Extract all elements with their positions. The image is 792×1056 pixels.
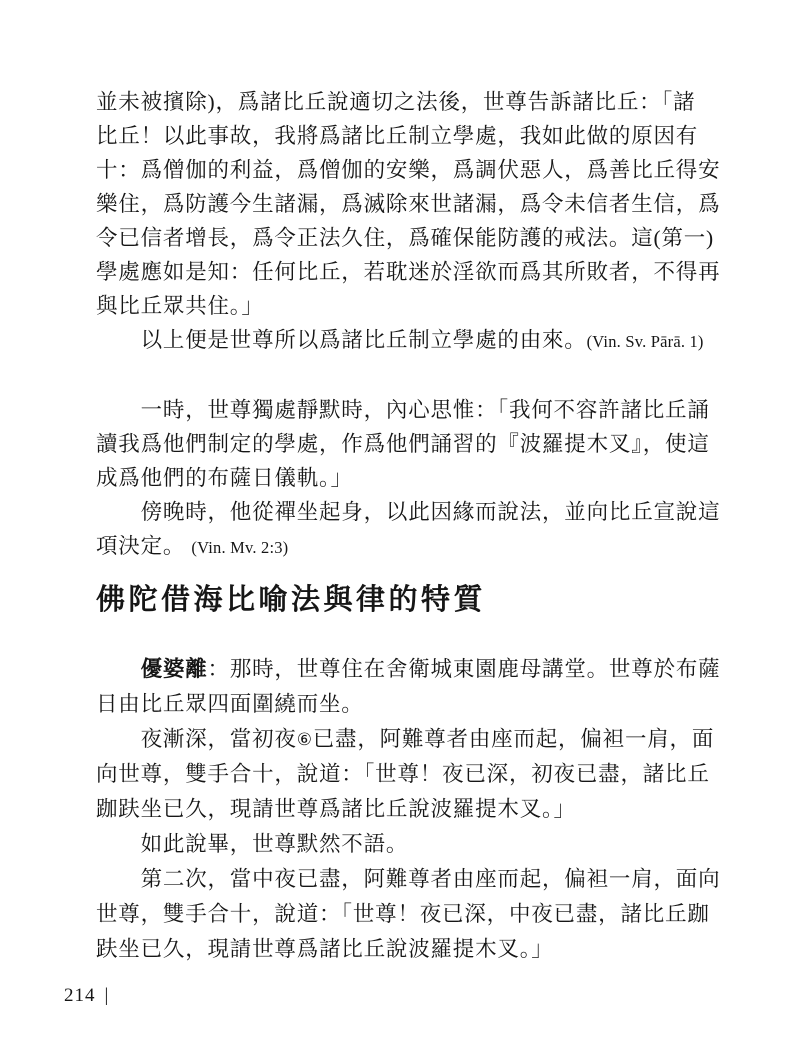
text-line: 世尊，雙手合十，說道：「世尊！夜已深，中夜已盡，諸比丘跏 — [96, 897, 712, 932]
text-line: 夜漸深，當初夜⑥已盡，阿難尊者由座而起，偏袒一肩，面 — [96, 722, 712, 757]
text-line: 優婆離：那時，世尊住在舍衛城東園鹿母講堂。世尊於布薩 — [96, 652, 712, 687]
text-line: 日由比丘眾四面圍繞而坐。 — [96, 687, 712, 722]
folio-divider-bar: | — [105, 985, 109, 1007]
text-line: 以上便是世尊所以爲諸比丘制立學處的由來。(Vin. Sv. Pārā. 1) — [96, 323, 712, 357]
paragraph-upali-uposatha: 優婆離：那時，世尊住在舍衛城東園鹿母講堂。世尊於布薩日由比丘眾四面圍繞而坐。 夜… — [96, 652, 712, 967]
text-line: 向世尊，雙手合十，說道：「世尊！夜已深，初夜已盡，諸比丘 — [96, 757, 712, 792]
text-line: 傍晚時，他從禪坐起身，以此因緣而說法，並向比丘宣說這 — [96, 495, 712, 529]
text-line: 十：爲僧伽的利益，爲僧伽的安樂，爲調伏惡人，爲善比丘得安 — [96, 153, 712, 187]
text-line: 項決定。 (Vin. Mv. 2:3) — [96, 529, 712, 563]
text-line: 跏趺坐已久，現請世尊爲諸比丘說波羅提木叉。」 — [96, 792, 712, 827]
page-number: 214 — [64, 985, 96, 1007]
page-footer: 214 | — [64, 985, 108, 1007]
text-line: 與比丘眾共住。」 — [96, 289, 712, 323]
text-line: 令已信者增長，爲令正法久住，爲確保能防護的戒法。這(第一) — [96, 221, 712, 255]
paragraph-continuation-precepts: 並未被擯除)，爲諸比丘說適切之法後，世尊告訴諸比丘：「諸比丘！以此事故，我將爲諸… — [96, 85, 712, 357]
paragraph-patimokkha-decision: 一時，世尊獨處靜默時，內心思惟：「我何不容許諸比丘誦讀我爲他們制定的學處，作爲他… — [96, 393, 712, 563]
text-line: 比丘！以此事故，我將爲諸比丘制立學處，我如此做的原因有 — [96, 119, 712, 153]
text-line: 學處應如是知：任何比丘，若耽迷於淫欲而爲其所敗者，不得再 — [96, 255, 712, 289]
text-line: 成爲他們的布薩日儀軌。」 — [96, 461, 712, 495]
text-line: 如此說畢，世尊默然不語。 — [96, 827, 712, 862]
section-heading: 佛陀借海比喻法與律的特質 — [96, 581, 712, 619]
text-line: 樂住，爲防護今生諸漏，爲滅除來世諸漏，爲令未信者生信，爲 — [96, 187, 712, 221]
text-line: 並未被擯除)，爲諸比丘說適切之法後，世尊告訴諸比丘：「諸 — [96, 85, 712, 119]
text-area: 並未被擯除)，爲諸比丘說適切之法後，世尊告訴諸比丘：「諸比丘！以此事故，我將爲諸… — [96, 0, 712, 1056]
text-line: 趺坐已久，現請世尊爲諸比丘說波羅提木叉。」 — [96, 932, 712, 967]
text-line: 一時，世尊獨處靜默時，內心思惟：「我何不容許諸比丘誦 — [96, 393, 712, 427]
text-line: 讀我爲他們制定的學處，作爲他們誦習的『波羅提木叉』，使這 — [96, 427, 712, 461]
book-page: 並未被擯除)，爲諸比丘說適切之法後，世尊告訴諸比丘：「諸比丘！以此事故，我將爲諸… — [0, 0, 792, 1056]
text-line: 第二次，當中夜已盡，阿難尊者由座而起，偏袒一肩，面向 — [96, 862, 712, 897]
